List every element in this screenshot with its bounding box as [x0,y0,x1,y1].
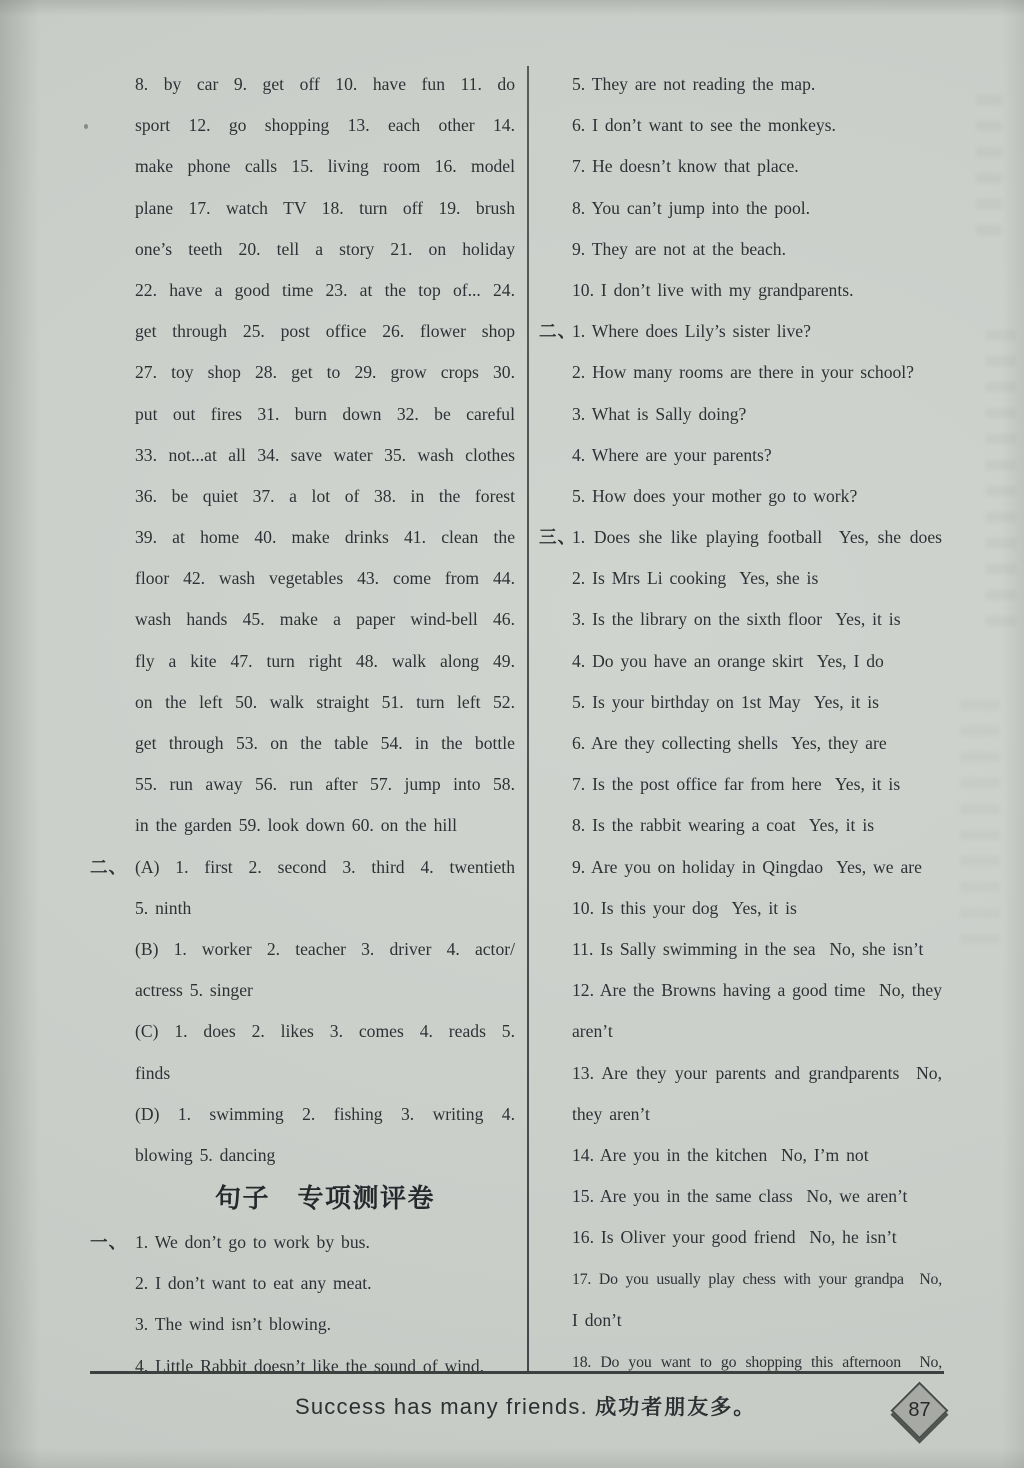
text-line: 5. ninth [135,888,515,929]
line-text: 33. not...at all 34. save water 35. wash… [135,445,515,465]
text-line: 11. Is Sally swimming in the sea No, she… [572,929,942,970]
text-line: 4. Do you have an orange skirt Yes, I do [572,641,942,682]
text-line: 9. Are you on holiday in Qingdao Yes, we… [572,847,942,888]
section-marker: 三、 [539,517,576,558]
text-line: 18. Do you want to go shopping this afte… [572,1341,942,1382]
text-line: 22. have a good time 23. at the top of..… [135,270,515,311]
line-text: 15. Are you in the same class No, we are… [572,1186,907,1206]
text-line: 36. be quiet 37. a lot of 38. in the for… [135,476,515,517]
text-line: 5. They are not reading the map. [572,64,942,105]
line-text: they aren’t [572,1104,650,1124]
footer-motto: Success has many friends. 成功者朋友多。 [295,1390,756,1424]
line-text: put out fires 31. burn down 32. be caref… [135,404,515,424]
text-line: 33. not...at all 34. save water 35. wash… [135,435,515,476]
text-line: on the left 50. walk straight 51. turn l… [135,682,515,723]
line-text: wash hands 45. make a paper wind-bell 46… [135,609,515,629]
text-line: aren’t [572,1011,942,1052]
text-line: 27. toy shop 28. get to 29. grow crops 3… [135,352,515,393]
motto-chinese: 成功者朋友多。 [595,1395,756,1419]
text-line: blowing 5. dancing [135,1135,515,1176]
text-line: 55. run away 56. run after 57. jump into… [135,764,515,805]
line-text: 7. Is the post office far from here Yes,… [572,774,900,794]
section-marker: 二、 [90,847,127,888]
text-line: 4. Where are your parents? [572,435,942,476]
phrase-answer-list: 8. by car 9. get off 10. have fun 11. do… [135,64,515,847]
text-line: 15. Are you in the same class No, we are… [572,1176,942,1217]
line-text: 55. run away 56. run after 57. jump into… [135,774,515,794]
text-line: 14. Are you in the kitchen No, I’m not [572,1135,942,1176]
text-line: 4. Little Rabbit doesn’t like the sound … [135,1346,515,1387]
text-line: 8. by car 9. get off 10. have fun 11. do [135,64,515,105]
line-text: 36. be quiet 37. a lot of 38. in the for… [135,486,515,506]
text-line: I don’t [572,1300,942,1341]
text-line: get through 25. post office 26. flower s… [135,311,515,352]
line-text: 39. at home 40. make drinks 41. clean th… [135,527,515,547]
text-line: 三、1. Does she like playing football Yes,… [572,517,942,558]
text-line: 一、1. We don’t go to work by bus. [135,1222,515,1263]
text-line: 2. I don’t want to eat any meat. [135,1263,515,1304]
line-text: 2. Is Mrs Li cooking Yes, she is [572,568,818,588]
text-line: 7. He doesn’t know that place. [572,146,942,187]
bleedthrough-mark [976,95,1002,235]
text-line: 10. Is this your dog Yes, it is [572,888,942,929]
section-one-continuation: 5. They are not reading the map.6. I don… [572,64,942,311]
line-text: 3. The wind isn’t blowing. [135,1314,331,1334]
text-line: 3. Is the library on the sixth floor Yes… [572,599,942,640]
scan-speck [84,124,88,129]
line-text: 9. Are you on holiday in Qingdao Yes, we… [572,857,922,877]
line-text: 6. Are they collecting shells Yes, they … [572,733,887,753]
text-line: (D) 1. swimming 2. fishing 3. writing 4. [135,1094,515,1135]
line-text: 10. Is this your dog Yes, it is [572,898,797,918]
bleedthrough-mark [960,700,1000,960]
line-text: 5. How does your mother go to work? [572,486,857,506]
text-line: 5. How does your mother go to work? [572,476,942,517]
text-line: 2. How many rooms are there in your scho… [572,352,942,393]
section-marker: 二、 [539,311,576,352]
line-text: 8. by car 9. get off 10. have fun 11. do [135,74,515,94]
text-line: 二、1. Where does Lily’s sister live? [572,311,942,352]
line-text: 11. Is Sally swimming in the sea No, she… [572,939,923,959]
text-line: plane 17. watch TV 18. turn off 19. brus… [135,188,515,229]
text-line: 12. Are the Browns having a good time No… [572,970,942,1011]
text-line: 13. Are they your parents and grandparen… [572,1053,942,1094]
left-column: 8. by car 9. get off 10. have fun 11. do… [135,64,515,1387]
line-text: 4. Where are your parents? [572,445,772,465]
line-text: get through 53. on the table 54. in the … [135,733,515,753]
text-line: sport 12. go shopping 13. each other 14. [135,105,515,146]
column-divider [527,66,529,1372]
line-text: fly a kite 47. turn right 48. walk along… [135,651,515,671]
line-text: 9. They are not at the beach. [572,239,786,259]
line-text: aren’t [572,1021,613,1041]
text-line: in the garden 59. look down 60. on the h… [135,805,515,846]
line-text: sport 12. go shopping 13. each other 14. [135,115,515,135]
text-line: (B) 1. worker 2. teacher 3. driver 4. ac… [135,929,515,970]
line-text: (A) 1. first 2. second 3. third 4. twent… [135,857,515,877]
section-one-answers: 一、1. We don’t go to work by bus.2. I don… [135,1222,515,1387]
text-line: 8. You can’t jump into the pool. [572,188,942,229]
line-text: on the left 50. walk straight 51. turn l… [135,692,515,712]
text-line: 3. The wind isn’t blowing. [135,1304,515,1345]
workbook-page: 8. by car 9. get off 10. have fun 11. do… [0,0,1024,1468]
section-three-answers: 三、1. Does she like playing football Yes,… [572,517,942,1382]
line-text: floor 42. wash vegetables 43. come from … [135,568,515,588]
line-text: 1. Does she like playing football Yes, s… [572,527,942,547]
line-text: I don’t [572,1310,622,1330]
line-text: 5. Is your birthday on 1st May Yes, it i… [572,692,879,712]
text-line: finds [135,1053,515,1094]
text-line: make phone calls 15. living room 16. mod… [135,146,515,187]
text-line: 7. Is the post office far from here Yes,… [572,764,942,805]
line-text: finds [135,1063,170,1083]
line-text: actress 5. singer [135,980,253,1000]
line-text: make phone calls 15. living room 16. mod… [135,156,515,176]
text-line: 8. Is the rabbit wearing a coat Yes, it … [572,805,942,846]
section-two-answers: 二、(A) 1. first 2. second 3. third 4. twe… [135,847,515,1177]
line-text: 17. Do you usually play chess with your … [572,1271,942,1288]
line-text: one’s teeth 20. tell a story 21. on holi… [135,239,515,259]
text-line: 10. I don’t live with my grandparents. [572,270,942,311]
section-two-questions: 二、1. Where does Lily’s sister live?2. Ho… [572,311,942,517]
text-line: actress 5. singer [135,970,515,1011]
text-line: (C) 1. does 2. likes 3. comes 4. reads 5… [135,1011,515,1052]
right-column: 5. They are not reading the map.6. I don… [572,64,942,1382]
section-marker: 一、 [90,1222,127,1263]
line-text: 14. Are you in the kitchen No, I’m not [572,1145,869,1165]
line-text: 1. We don’t go to work by bus. [135,1232,370,1252]
page-number: 87 [901,1392,938,1429]
text-line: 9. They are not at the beach. [572,229,942,270]
text-line: 6. Are they collecting shells Yes, they … [572,723,942,764]
text-line: floor 42. wash vegetables 43. come from … [135,558,515,599]
text-line: 6. I don’t want to see the monkeys. [572,105,942,146]
line-text: 5. ninth [135,898,191,918]
text-line: 17. Do you usually play chess with your … [572,1258,942,1299]
page-number-badge: 87 [891,1382,949,1440]
line-text: 6. I don’t want to see the monkeys. [572,115,836,135]
line-text: 10. I don’t live with my grandparents. [572,280,853,300]
line-text: 4. Do you have an orange skirt Yes, I do [572,651,884,671]
text-line: 3. What is Sally doing? [572,394,942,435]
line-text: 1. Where does Lily’s sister live? [572,321,811,341]
line-text: plane 17. watch TV 18. turn off 19. brus… [135,198,515,218]
text-line: 2. Is Mrs Li cooking Yes, she is [572,558,942,599]
text-line: 5. Is your birthday on 1st May Yes, it i… [572,682,942,723]
text-line: put out fires 31. burn down 32. be caref… [135,394,515,435]
text-line: 16. Is Oliver your good friend No, he is… [572,1217,942,1258]
line-text: 5. They are not reading the map. [572,74,815,94]
line-text: 12. Are the Browns having a good time No… [572,980,942,1000]
line-text: 27. toy shop 28. get to 29. grow crops 3… [135,362,515,382]
line-text: 3. Is the library on the sixth floor Yes… [572,609,901,629]
line-text: 2. I don’t want to eat any meat. [135,1273,372,1293]
line-text: get through 25. post office 26. flower s… [135,321,515,341]
motto-english: Success has many friends. [295,1394,595,1419]
line-text: 13. Are they your parents and grandparen… [572,1063,942,1083]
sentence-test-heading: 句子 专项测评卷 [135,1176,515,1222]
bleedthrough-mark [986,330,1016,630]
text-line: 二、(A) 1. first 2. second 3. third 4. twe… [135,847,515,888]
text-line: fly a kite 47. turn right 48. walk along… [135,641,515,682]
line-text: 8. You can’t jump into the pool. [572,198,810,218]
text-line: wash hands 45. make a paper wind-bell 46… [135,599,515,640]
text-line: they aren’t [572,1094,942,1135]
line-text: 2. How many rooms are there in your scho… [572,362,914,382]
line-text: in the garden 59. look down 60. on the h… [135,815,457,835]
line-text: 8. Is the rabbit wearing a coat Yes, it … [572,815,874,835]
text-line: get through 53. on the table 54. in the … [135,723,515,764]
text-line: 39. at home 40. make drinks 41. clean th… [135,517,515,558]
line-text: (B) 1. worker 2. teacher 3. driver 4. ac… [135,939,515,959]
line-text: blowing 5. dancing [135,1145,275,1165]
line-text: 7. He doesn’t know that place. [572,156,799,176]
line-text: 3. What is Sally doing? [572,404,746,424]
footer-rule [90,1371,944,1374]
line-text: 22. have a good time 23. at the top of..… [135,280,515,300]
line-text: (C) 1. does 2. likes 3. comes 4. reads 5… [135,1021,515,1041]
line-text: (D) 1. swimming 2. fishing 3. writing 4. [135,1104,515,1124]
line-text: 18. Do you want to go shopping this afte… [572,1354,942,1371]
text-line: one’s teeth 20. tell a story 21. on holi… [135,229,515,270]
line-text: 16. Is Oliver your good friend No, he is… [572,1227,897,1247]
